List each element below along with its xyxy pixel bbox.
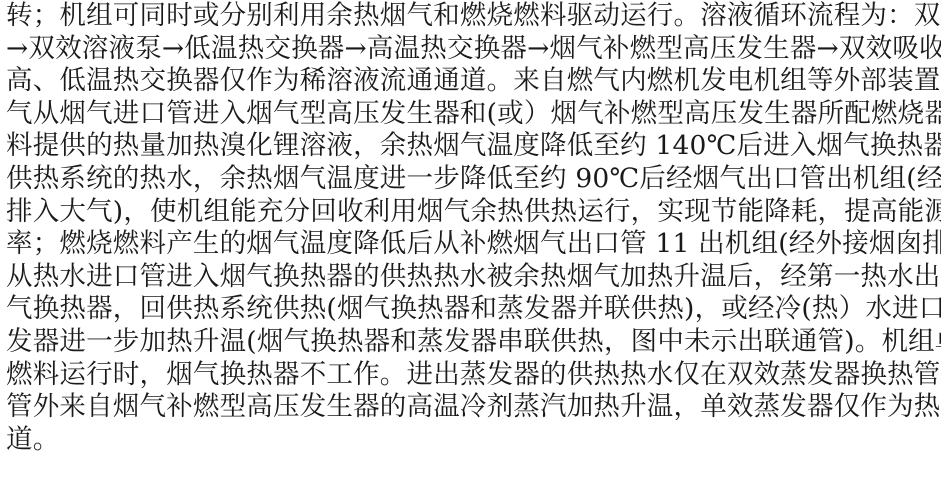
text-line: 气换热器，回供热系统供热(烟气换热器和蒸发器并联供热)，或经冷(热）水进口管进入… xyxy=(6,293,935,326)
text-line: 排入大气)，使机组能充分回收利用烟气余热供热运行，实现节能降耗，提高能源综合利用 xyxy=(6,196,935,229)
text-line: 管外来自烟气补燃型高压发生器的高温冷剂蒸汽加热升温，单效蒸发器仅作为热水流通通 xyxy=(6,391,935,424)
text-line: 率；燃烧燃料产生的烟气温度降低后从补燃烟气出口管 11 出机组(经外接烟囱排入大… xyxy=(6,228,935,261)
body-paragraph: 转；机组可同时或分别利用余热烟气和燃烧燃料驱动运行。溶液循环流程为：双效吸收器 … xyxy=(6,0,935,456)
text-line: 转；机组可同时或分别利用余热烟气和燃烧燃料驱动运行。溶液循环流程为：双效吸收器 xyxy=(6,0,935,33)
text-line: 燃料运行时，烟气换热器不工作。进出蒸发器的供热热水仅在双效蒸发器换热管内被换热 xyxy=(6,359,935,392)
text-line: 发器进一步加热升温(烟气换热器和蒸发器串联供热，图中未示出联通管)。机组单独燃烧 xyxy=(6,326,935,359)
text-line: →双效溶液泵→低温热交换器→高温热交换器→烟气补燃型高压发生器→双效吸收器， xyxy=(6,33,935,66)
text-line: 供热系统的热水，余热烟气温度进一步降低至约 90℃后经烟气出口管出机组(经外接烟… xyxy=(6,163,935,196)
text-line-final: 道。 xyxy=(6,424,935,457)
text-line: 气从烟气进口管进入烟气型高压发生器和(或）烟气补燃型高压发生器所配燃烧器燃烧燃 xyxy=(6,98,935,131)
text-line: 料提供的热量加热溴化锂溶液，余热烟气温度降低至约 140℃后进入烟气换热器加热来… xyxy=(6,130,935,163)
text-line: 从热水进口管进入烟气换热器的供热热水被余热烟气加热升温后，经第一热水出口管出烟 xyxy=(6,261,935,294)
document-page: 转；机组可同时或分别利用余热烟气和燃烧燃料驱动运行。溶液循环流程为：双效吸收器 … xyxy=(0,0,941,498)
text-line: 高、低温热交换器仅作为稀溶液流通通道。来自燃气内燃机发电机组等外部装置的余热烟 xyxy=(6,65,935,98)
